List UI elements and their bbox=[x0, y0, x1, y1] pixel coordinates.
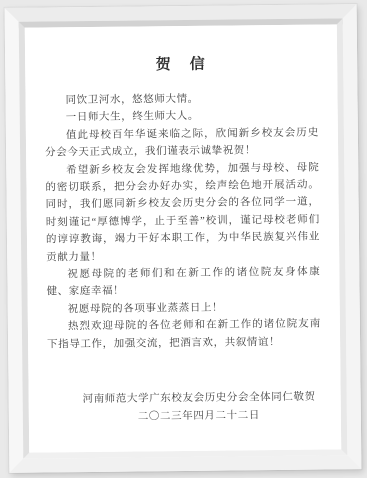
letter-paragraph: 祝愿母院的老师们和在新工作的诸位院友身体康健、家庭幸福！ bbox=[46, 264, 320, 302]
frame-moulding: 贺 信 同饮卫河水，悠悠师大情。 一日师大生，终生师大人。 值此母校百年华诞来临… bbox=[5, 4, 362, 473]
letter-paragraph: 希望新乡校友会发挥地缘优势，加强与母校、母院的密切联系，把分会办好办实，绘声绘色… bbox=[45, 159, 320, 266]
letter-document: 贺 信 同饮卫河水，悠悠师大情。 一日师大生，终生师大人。 值此母校百年华诞来临… bbox=[25, 24, 341, 452]
signature-line: 河南师范大学广东校友会历史分会全体同仁敬贺 bbox=[48, 389, 322, 410]
letter-paragraph: 值此母校百年华诞来临之际，欣闻新乡校友会历史分会今天正式成立，我们谨表示诚挚祝贺… bbox=[45, 124, 319, 162]
page-background: 贺 信 同饮卫河水，悠悠师大情。 一日师大生，终生师大人。 值此母校百年华诞来临… bbox=[0, 0, 367, 478]
picture-frame: 贺 信 同饮卫河水，悠悠师大情。 一日师大生，终生师大人。 值此母校百年华诞来临… bbox=[5, 4, 362, 473]
letter-title: 贺 信 bbox=[44, 52, 318, 76]
frame-inner-bevel: 贺 信 同饮卫河水，悠悠师大情。 一日师大生，终生师大人。 值此母校百年华诞来临… bbox=[19, 18, 348, 458]
letter-paragraph: 热烈欢迎母院的各位老师和在新工作的诸位院友南下指导工作，加强交流，把酒言欢，共叙… bbox=[47, 316, 321, 354]
date-line: 二〇二三年四月二十二日 bbox=[48, 407, 322, 428]
